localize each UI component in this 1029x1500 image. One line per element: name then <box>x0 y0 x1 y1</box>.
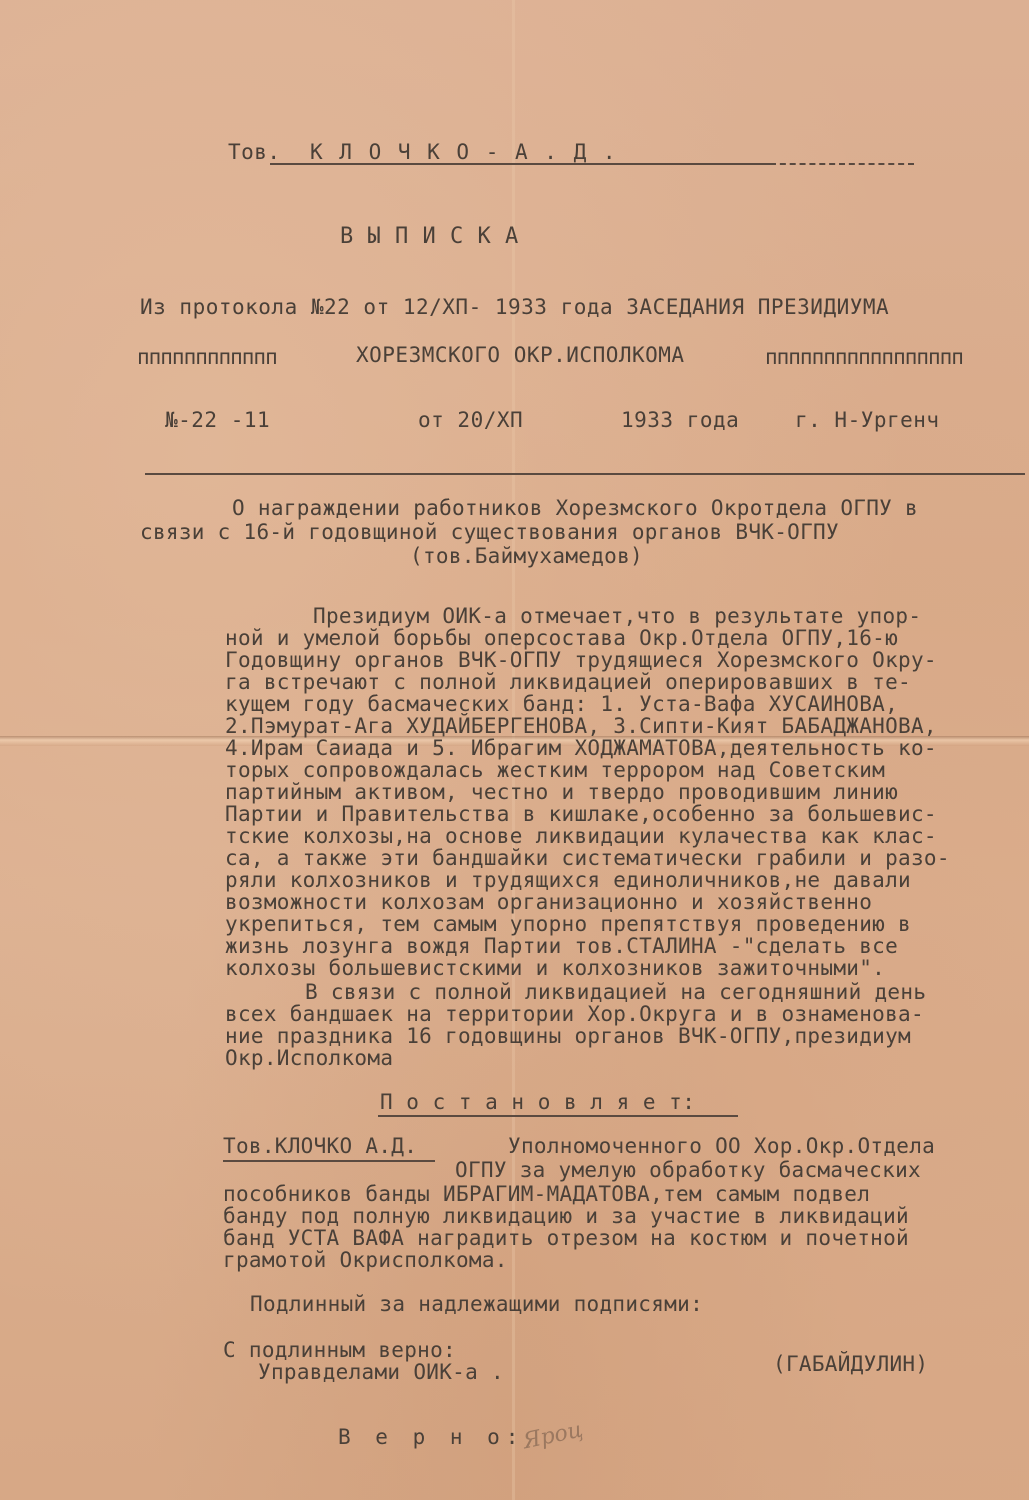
manager-name: (ГАБАЙДУЛИН) <box>773 1352 928 1376</box>
resolves-underline <box>378 1115 738 1117</box>
addressee-label: Тов. <box>228 140 281 164</box>
body-line: 4.Ирам Саиада и 5. Ибрагим ХОДЖАМАТОВА,д… <box>225 736 937 760</box>
body-line: всех бандшаек на территории Хор.Округа и… <box>225 1002 924 1026</box>
body-line: партийным активом, честно и твердо прово… <box>225 780 898 804</box>
body-line: В связи с полной ликвидацией на сегодняш… <box>305 980 926 1004</box>
body-line: Партии и Правительства в кишлаке,особенн… <box>225 802 937 826</box>
handwritten-signature: Яроц <box>521 1411 619 1479</box>
body-line: укрепиться, тем самым упорно препятствуя… <box>225 912 911 936</box>
addressee-underline <box>270 163 770 165</box>
body-line: возможности колхозам организационно и хо… <box>225 890 872 914</box>
document-title: В Ы П И С К А <box>340 225 519 249</box>
certified-true-label: С подлинным верно: <box>223 1338 456 1362</box>
resolution-line: банд УСТА ВАФА наградить отрезом на кост… <box>223 1226 909 1250</box>
document-page: Тов. К Л О Ч К О - А . Д . В Ы П И С К А… <box>0 0 1029 1500</box>
body-line: 2.Пэмурат-Ага ХУДАЙБЕРГЕНОВА, 3.Сипти-Ки… <box>225 714 937 738</box>
body-line: ние праздника 16 годовщины органов ВЧК-О… <box>225 1024 911 1048</box>
addressee-name: К Л О Ч К О - А . Д . <box>310 140 618 164</box>
manager-title: Управделами ОИК-а . <box>258 1360 504 1384</box>
body-line: Годовщину органов ВЧК-ОГПУ трудящиеся Хо… <box>225 648 937 672</box>
resolution-line: грамотой Окрисполкома. <box>223 1248 508 1272</box>
resolves-heading: П о с т а н о в л я е т: <box>380 1090 695 1114</box>
reference-date: от 20/ХП <box>418 408 523 432</box>
resolution-line: пособников банды ИБРАГИМ-МАДАТОВА,тем са… <box>223 1182 870 1206</box>
resolution-name-underline <box>223 1160 435 1162</box>
resolution-line: Уполномоченного ОО Хор.Окр.Отдела <box>508 1134 935 1158</box>
body-line: колхозы большевистскими и колхозников за… <box>225 956 885 980</box>
reference-number: №-22 -11 <box>165 408 270 432</box>
protocol-line: Из протокола №22 от 12/ХП- 1933 года ЗАС… <box>140 295 889 319</box>
body-line: Президиум ОИК-а отмечает,что в результат… <box>313 604 921 628</box>
resolution-line: банду под полную ликвидацию и за участие… <box>223 1204 909 1228</box>
subject-line: О награждении работников Хорезмского Окр… <box>232 496 918 520</box>
body-line: жизнь лозунга вождя Партии тов.СТАЛИНА -… <box>225 934 898 958</box>
reference-city: г. Н-Ургенч <box>795 408 940 432</box>
body-line: тские колхозы,на основе ликвидации кулач… <box>225 824 937 848</box>
body-line: ряли колхозников и трудящихся единолични… <box>225 868 911 892</box>
resolution-line: ОГПУ за умелую обработку басмаческих <box>455 1158 921 1182</box>
verified-label: В е р н о: <box>338 1425 524 1449</box>
header-divider <box>145 473 1025 475</box>
org-fill-left: пппппппппппп <box>137 345 277 369</box>
org-fill-right: ппппппппппппппппп <box>765 345 963 369</box>
body-line: га встречают с полной ликвидацией оперир… <box>225 670 911 694</box>
body-line: кущем году басмаческих банд: 1. Уста-Ваф… <box>225 692 898 716</box>
original-signed-note: Подлинный за надлежащими подписями: <box>250 1292 703 1316</box>
body-line: торых сопровождалась жестким террором на… <box>225 758 885 782</box>
body-line: Окр.Исполкома <box>225 1046 393 1070</box>
reference-year: 1933 года <box>621 408 739 432</box>
body-line: ной и умелой борьбы оперсостава Окр.Отде… <box>225 626 898 650</box>
org-name: ХОРЕЗМСКОГО ОКР.ИСПОЛКОМА <box>356 343 685 367</box>
subject-line: связи с 16-й годовщиной существования ор… <box>140 520 839 544</box>
resolution-name: Тов.КЛОЧКО А.Д. <box>223 1134 417 1158</box>
subject-speaker: (тов.Баймухамедов) <box>410 544 643 568</box>
addressee-underline-dashed <box>770 163 914 165</box>
body-line: са, а также эти бандшайки систематически… <box>225 846 950 870</box>
